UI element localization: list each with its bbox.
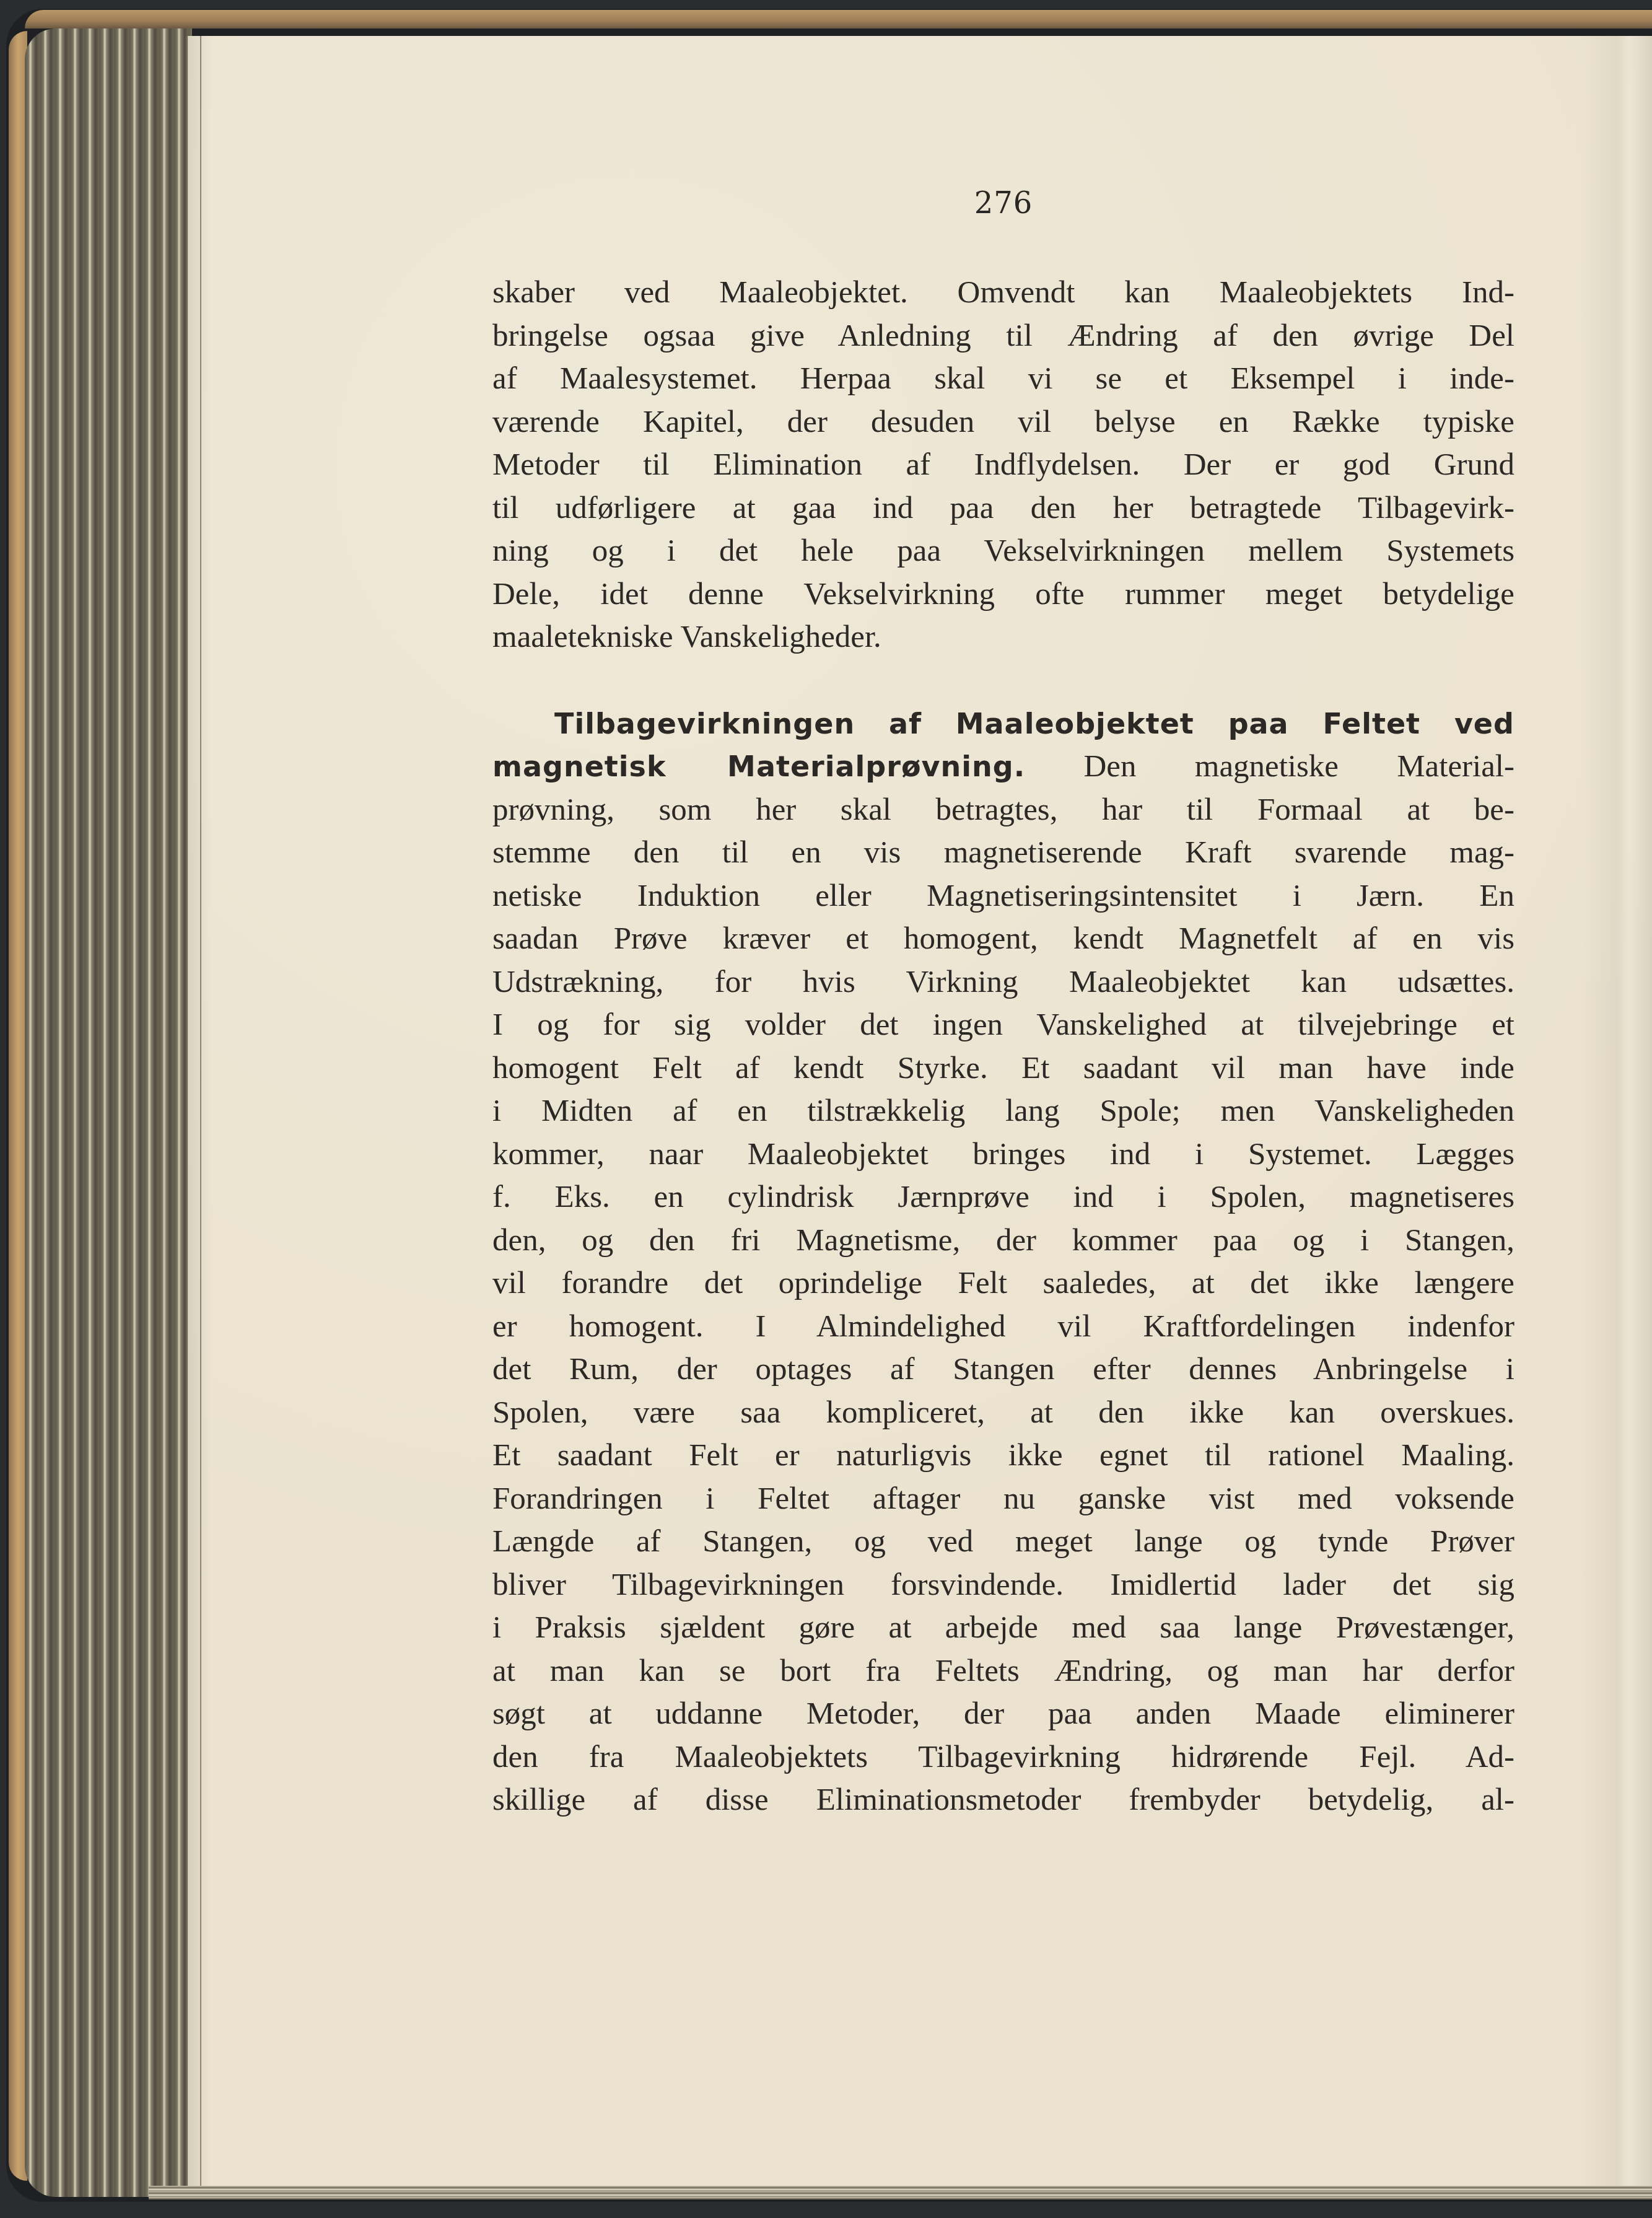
text-line: homogent Felt af kendt Styrke. Et saadan… xyxy=(492,1047,1514,1090)
paragraph-spacer xyxy=(492,659,1514,703)
text-line: f. Eks. en cylindrisk Jærnprøve ind i Sp… xyxy=(492,1176,1514,1219)
text-line: ning og i det hele paa Vekselvirkningen … xyxy=(492,530,1514,573)
text-line: saadan Prøve kræver et homogent, kendt M… xyxy=(492,918,1514,961)
text-line: Spolen, være saa kompliceret, at den ikk… xyxy=(492,1392,1514,1435)
text-line: Forandringen i Feltet aftager nu ganske … xyxy=(492,1478,1514,1521)
text-line: Længde af Stangen, og ved meget lange og… xyxy=(492,1520,1514,1564)
text-line: værende Kapitel, der desuden vil belyse … xyxy=(492,401,1514,444)
page-body: skaber ved Maaleobjektet. Omvendt kan Ma… xyxy=(492,271,1514,1822)
text-line: bringelse ogsaa give Anledning til Ændri… xyxy=(492,315,1514,358)
book-headband-top xyxy=(25,10,1652,28)
text-line: i Midten af en tilstrækkelig lang Spole;… xyxy=(492,1090,1514,1133)
text-line: netiske Induktion eller Magnetiseringsin… xyxy=(492,875,1514,918)
text-line: den fra Maaleobjektets Tilbagevirkning h… xyxy=(492,1736,1514,1779)
section-heading: Tilbagevirkningen af Maaleobjektet paa F… xyxy=(492,703,1514,746)
text-line: I og for sig volder det ingen Vanskeligh… xyxy=(492,1004,1514,1047)
text-line: Dele, idet denne Vekselvirkning ofte rum… xyxy=(492,573,1514,616)
text-line: vil forandre det oprindelige Felt saaled… xyxy=(492,1262,1514,1305)
section-heading-end: magnetisk Materialprøvning. xyxy=(492,750,1025,783)
text-line: skillige af disse Eliminationsmetoder fr… xyxy=(492,1779,1514,1822)
text-line: skaber ved Maaleobjektet. Omvendt kan Ma… xyxy=(492,271,1514,315)
text-line: søgt at uddanne Metoder, der paa anden M… xyxy=(492,1693,1514,1736)
text-line: den, og den fri Magnetisme, der kommer p… xyxy=(492,1219,1514,1263)
text-line: Metoder til Elimination af Indflydelsen.… xyxy=(492,444,1514,487)
text-line: i Praksis sjældent gøre at arbejde med s… xyxy=(492,1607,1514,1650)
page-stack-bottom-edge xyxy=(149,2186,1652,2199)
text-line: er homogent. I Almindelighed vil Kraftfo… xyxy=(492,1305,1514,1349)
text-line: af Maalesystemet. Herpaa skal vi se et E… xyxy=(492,357,1514,401)
paragraph-2: Tilbagevirkningen af Maaleobjektet paa F… xyxy=(492,703,1514,1822)
text-line: at man kan se bort fra Feltets Ændring, … xyxy=(492,1650,1514,1693)
text-line: maaletekniske Vanskeligheder. xyxy=(492,616,1514,659)
text-run: Den magnetiske Material- xyxy=(1025,749,1514,784)
page-number: 276 xyxy=(972,186,1034,221)
page-stack-edge xyxy=(25,28,192,2197)
page-edge xyxy=(186,36,201,2186)
text-line: det Rum, der optages af Stangen efter de… xyxy=(492,1348,1514,1392)
text-line: Udstrækning, for hvis Virkning Maaleobje… xyxy=(492,961,1514,1004)
text-line: kommer, naar Maaleobjektet bringes ind i… xyxy=(492,1133,1514,1177)
text-line: prøvning, som her skal betragtes, har ti… xyxy=(492,789,1514,832)
section-heading-continuation: magnetisk Materialprøvning. Den magnetis… xyxy=(492,745,1514,789)
text-line: bliver Tilbagevirkningen forsvindende. I… xyxy=(492,1564,1514,1607)
paragraph-1: skaber ved Maaleobjektet. Omvendt kan Ma… xyxy=(492,271,1514,659)
text-line: til udførligere at gaa ind paa den her b… xyxy=(492,487,1514,530)
text-line: stemme den til en vis magnetiserende Kra… xyxy=(492,831,1514,875)
text-line: Et saadant Felt er naturligvis ikke egne… xyxy=(492,1434,1514,1478)
